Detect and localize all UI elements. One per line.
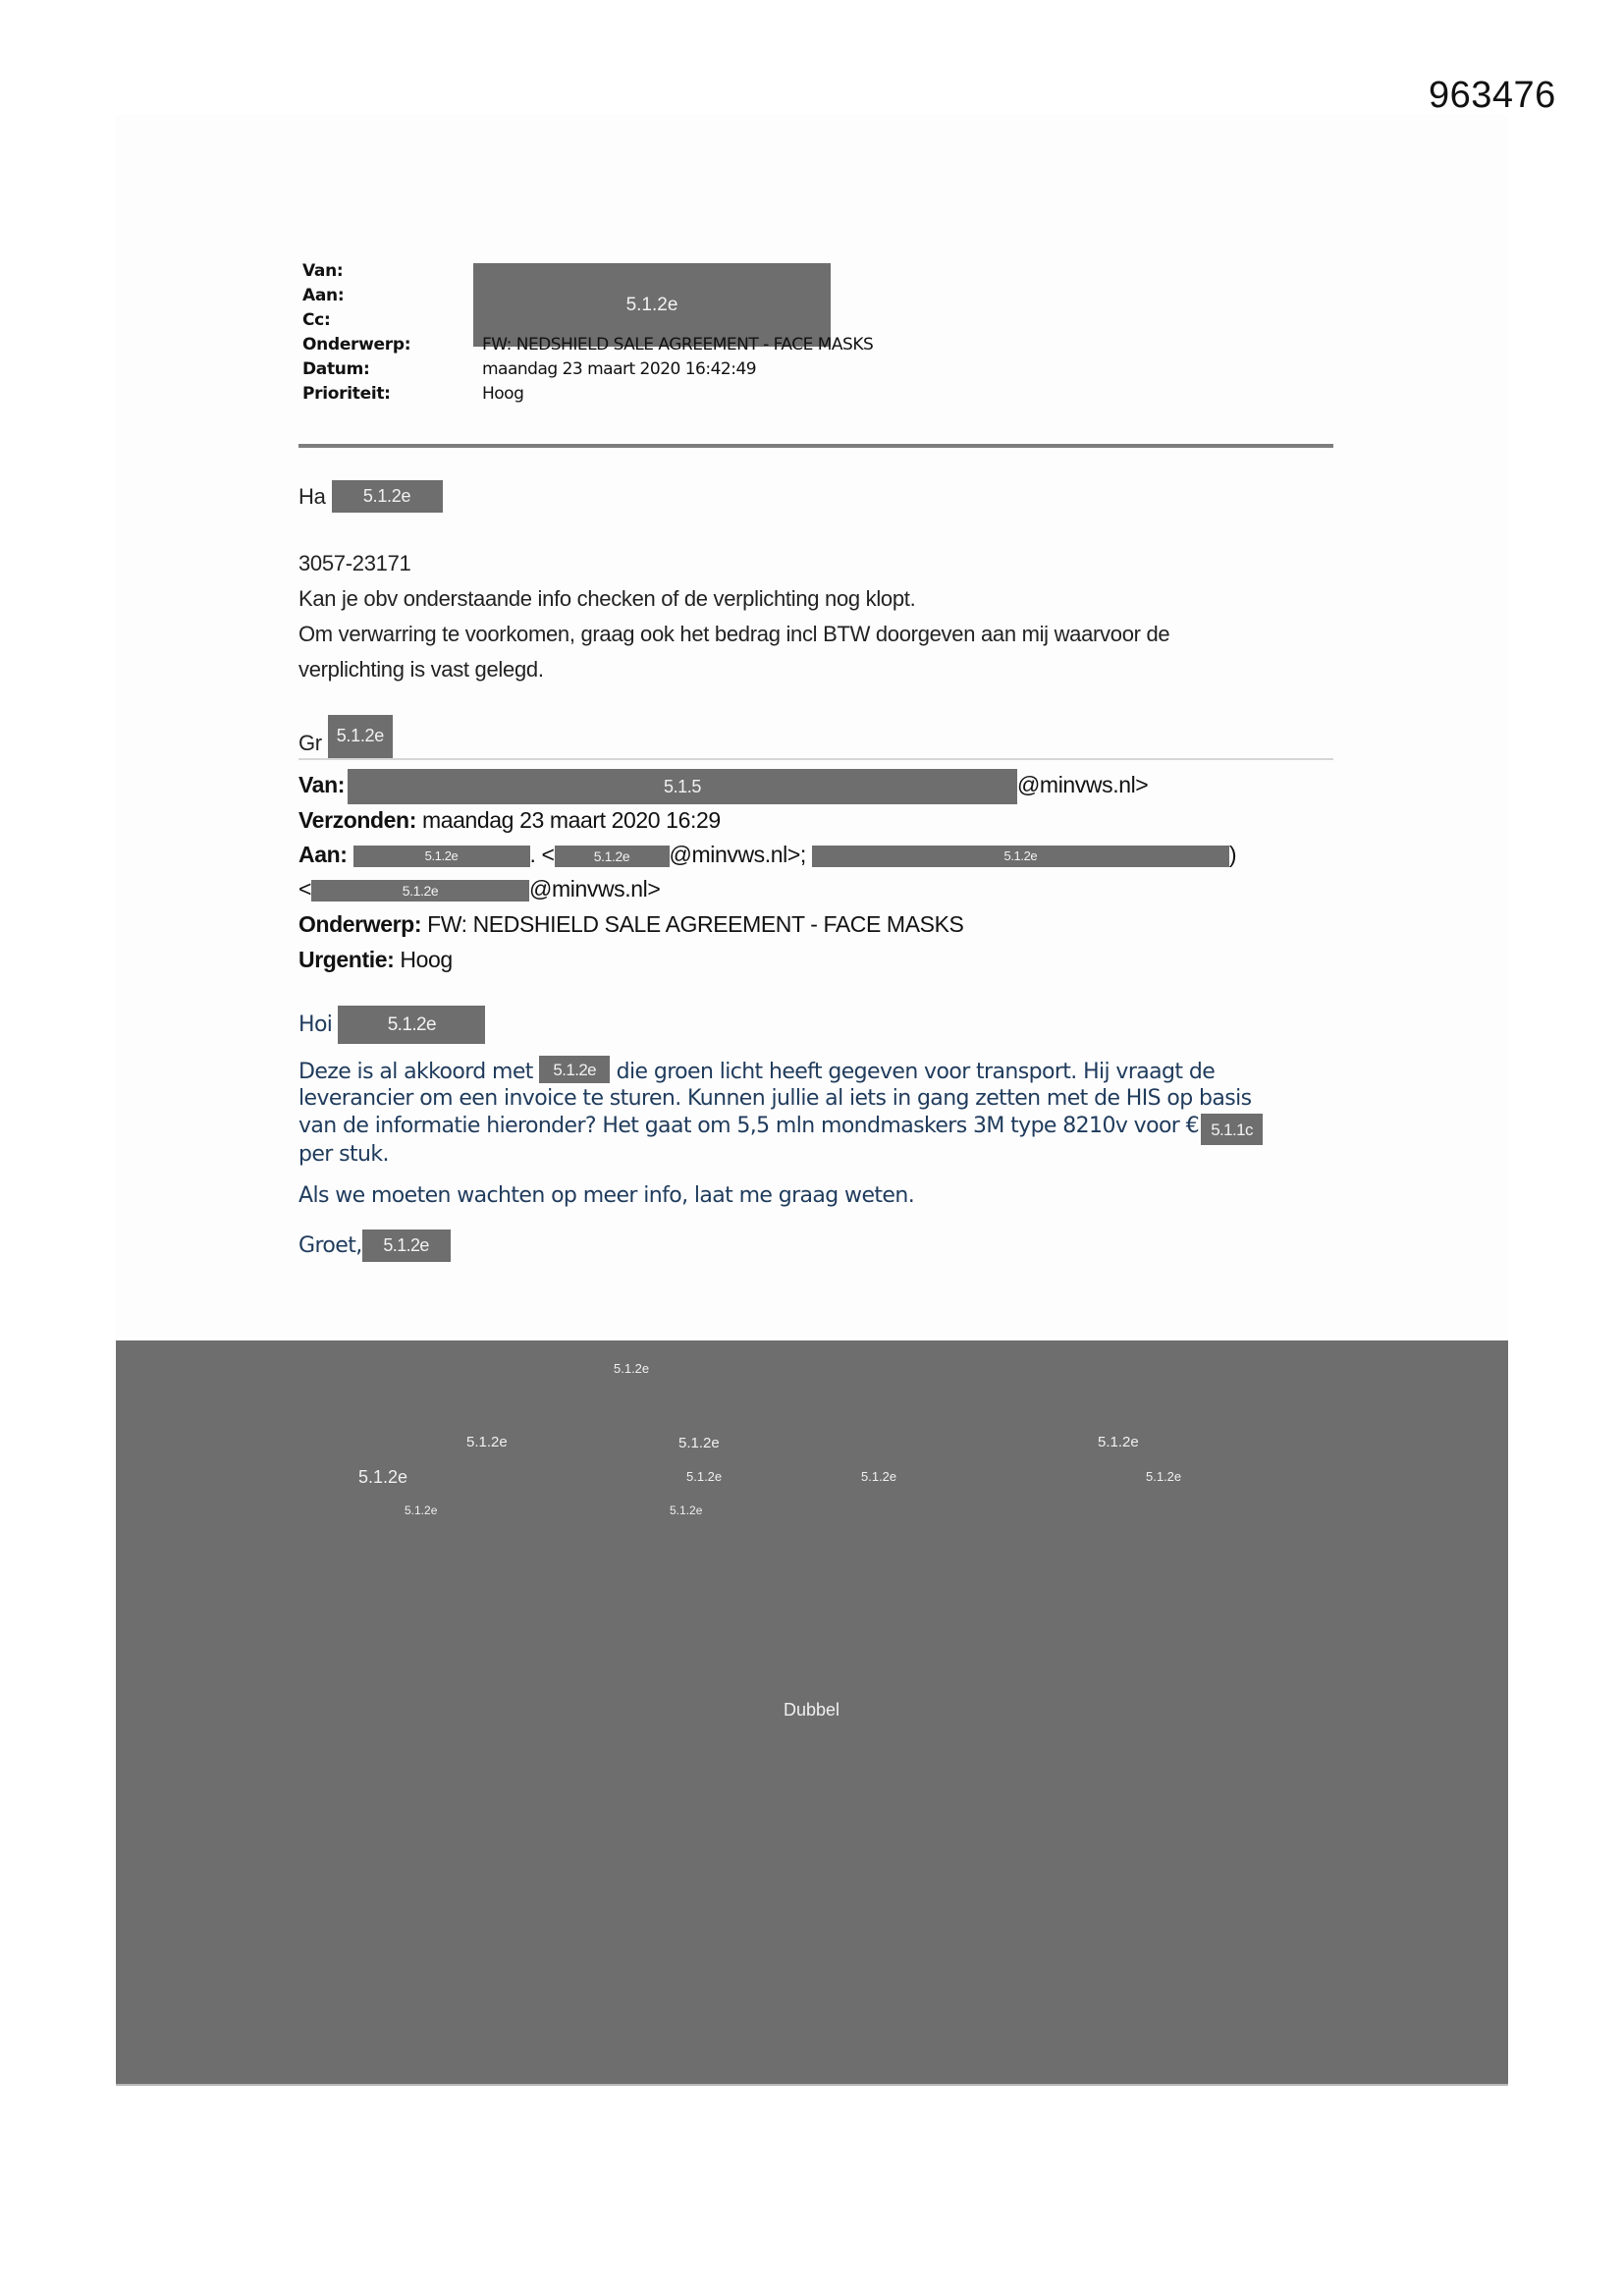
- redaction-fw-sender: 5.1.5: [348, 769, 1017, 804]
- redaction-label: 5.1.2e: [1146, 1469, 1181, 1484]
- header-subject: FW: NEDSHIELD SALE AGREEMENT - FACE MASK…: [482, 335, 873, 355]
- redaction-label: 5.1.2e: [1098, 1434, 1139, 1450]
- fw-urgentie-value: Hoog: [400, 947, 452, 972]
- signoff-prefix: Gr: [298, 729, 322, 758]
- forward-divider: [298, 758, 1333, 760]
- fw-aan-label: Aan:: [298, 842, 348, 867]
- redaction-label: 5.1.2e: [614, 1361, 649, 1376]
- document-number: 963476: [1429, 75, 1556, 117]
- header-label-onderwerp: Onderwerp:: [302, 335, 410, 355]
- message-line-3: verplichting is vast gelegd.: [298, 652, 544, 686]
- redaction-fw-recipient-4: 5.1.2e: [311, 880, 529, 902]
- signoff-line: Gr 5.1.2e: [298, 715, 393, 758]
- redaction-label: 5.1.2e: [466, 1434, 508, 1450]
- fw-p1-text-a: Deze is al akkoord met: [298, 1060, 533, 1084]
- fw-paragraph-2: Als we moeten wachten op meer info, laat…: [298, 1183, 914, 1208]
- fw-greeting-line: Hoi 5.1.2e: [298, 1006, 485, 1044]
- redaction-fw-recipient-2: 5.1.2e: [555, 846, 670, 867]
- fw-aan-close: ): [1229, 842, 1236, 867]
- redaction-label: 5.1.2e: [670, 1503, 702, 1517]
- fw-aan-line-2: <5.1.2e@minvws.nl>: [298, 872, 660, 905]
- redaction-label: 5.1.2e: [678, 1435, 720, 1451]
- fw-signoff-line: Groet,5.1.2e: [298, 1230, 451, 1262]
- redaction-fw-greeting: 5.1.2e: [338, 1006, 485, 1044]
- fw-aan-line: Aan: 5.1.2e. <5.1.2e@minvws.nl>; 5.1.2e): [298, 838, 1236, 871]
- redaction-greeting: 5.1.2e: [332, 480, 443, 513]
- greeting-line: Ha 5.1.2e: [298, 478, 443, 514]
- fw-aan2-suffix: @minvws.nl>: [529, 876, 660, 902]
- header-label-prioriteit: Prioriteit:: [302, 384, 391, 404]
- redaction-fw-price: 5.1.1c: [1201, 1114, 1263, 1145]
- fw-verzonden-label: Verzonden:: [298, 807, 416, 833]
- fw-p1-line-2: leverancier om een invoice te sturen. Ku…: [298, 1086, 1349, 1111]
- redaction-fw-recipient-1: 5.1.2e: [353, 846, 530, 867]
- fw-aan2-prefix: <: [298, 876, 311, 902]
- redaction-label: 5.1.2e: [686, 1469, 722, 1484]
- header-priority: Hoog: [482, 384, 523, 404]
- fw-p1-text-b: die groen licht heeft gegeven voor trans…: [617, 1060, 1216, 1084]
- header-date: maandag 23 maart 2020 16:42:49: [482, 359, 756, 379]
- fw-verzonden-line: Verzonden: maandag 23 maart 2020 16:29: [298, 803, 721, 837]
- message-line-1: Kan je obv onderstaande info checken of …: [298, 581, 915, 616]
- fw-greeting-prefix: Hoi: [298, 1012, 332, 1037]
- header-label-aan: Aan:: [302, 286, 344, 305]
- fw-van-label: Van:: [298, 772, 345, 797]
- message-line-2: Om verwarring te voorkomen, graag ook he…: [298, 617, 1169, 651]
- fw-aan-suffix: @minvws.nl>;: [670, 842, 806, 867]
- fw-urgentie-label: Urgentie:: [298, 947, 394, 972]
- fw-verzonden-value: maandag 23 maart 2020 16:29: [422, 807, 721, 833]
- fw-onderwerp-label: Onderwerp:: [298, 911, 421, 937]
- fw-p1-line-3: van de informatie hieronder? Het gaat om…: [298, 1111, 1349, 1142]
- fw-signoff-prefix: Groet,: [298, 1233, 362, 1258]
- header-label-van: Van:: [302, 261, 343, 281]
- redaction-fw-approver: 5.1.2e: [539, 1056, 610, 1083]
- header-label-cc: Cc:: [302, 310, 330, 330]
- greeting-prefix: Ha: [298, 479, 326, 514]
- redaction-label: 5.1.2e: [405, 1503, 437, 1517]
- fw-onderwerp-line: Onderwerp: FW: NEDSHIELD SALE AGREEMENT …: [298, 907, 963, 941]
- redaction-signoff: 5.1.2e: [328, 715, 393, 758]
- fw-p1-line-1: Deze is al akkoord met 5.1.2e die groen …: [298, 1059, 1349, 1086]
- redaction-fw-signoff: 5.1.2e: [362, 1230, 451, 1262]
- header-label-datum: Datum:: [302, 359, 370, 379]
- reference-number: 3057-23171: [298, 546, 410, 580]
- redacted-duplicate-block: 5.1.2e 5.1.2e 5.1.2e 5.1.2e 5.1.2e 5.1.2…: [116, 1340, 1508, 2086]
- fw-p1-line-4: per stuk.: [298, 1142, 1349, 1167]
- fw-paragraph-1: Deze is al akkoord met 5.1.2e die groen …: [298, 1059, 1349, 1167]
- fw-p1-text-c: van de informatie hieronder? Het gaat om…: [298, 1114, 1199, 1138]
- redaction-fw-recipient-3: 5.1.2e: [812, 846, 1229, 867]
- redaction-label: 5.1.2e: [861, 1469, 896, 1484]
- redaction-label: 5.1.2e: [358, 1467, 407, 1488]
- header-divider: [298, 444, 1333, 448]
- fw-urgentie-line: Urgentie: Hoog: [298, 943, 453, 976]
- fw-van-line: Van:5.1.5@minvws.nl>: [298, 768, 1148, 801]
- duplicate-note: Dubbel: [784, 1700, 839, 1721]
- fw-onderwerp-value: FW: NEDSHIELD SALE AGREEMENT - FACE MASK…: [427, 911, 963, 937]
- fw-van-suffix: @minvws.nl>: [1017, 772, 1148, 797]
- fw-aan-sep: . <: [530, 842, 555, 867]
